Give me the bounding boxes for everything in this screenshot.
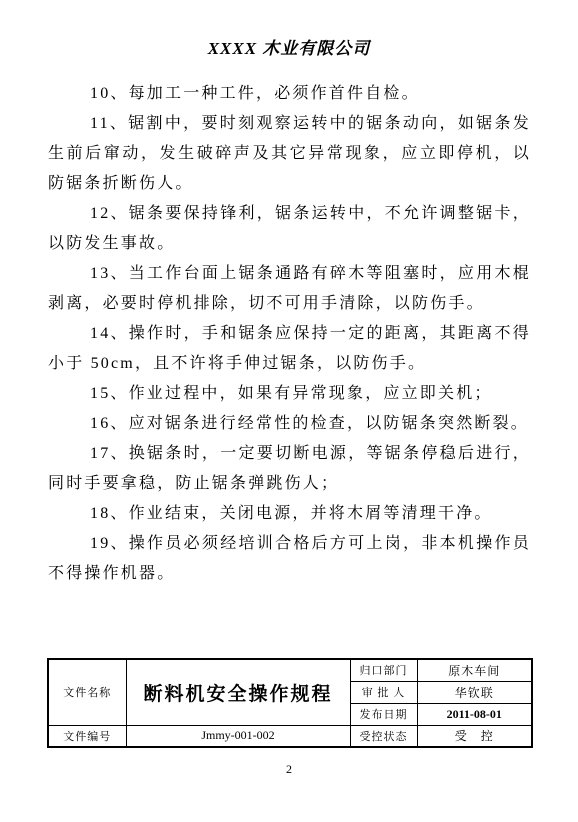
rule-item-15: 15、作业过程中，如果有异常现象，应立即关机； (48, 379, 531, 409)
table-row: 文件编号 Jmmy-001-002 受控状态 受 控 (48, 725, 532, 747)
rule-item-12: 12、锯条要保持锋利，锯条运转中，不允许调整锯卡，以防发生事故。 (48, 199, 531, 259)
status-label: 受控状态 (350, 725, 417, 747)
table-row: 文件名称 断料机安全操作规程 归口部门 原木车间 (48, 659, 532, 681)
company-header: XXXX 木业有限公司 (0, 34, 578, 59)
dept-label: 归口部门 (350, 659, 417, 681)
doc-name-label: 文件名称 (48, 659, 126, 725)
rule-item-11: 11、锯割中，要时刻观察运转中的锯条动向，如锯条发生前后窜动，发生破碎声及其它异… (48, 109, 531, 199)
date-label: 发布日期 (350, 703, 417, 725)
rule-item-17: 17、换锯条时，一定要切断电源，等锯条停稳后进行，同时手要拿稳，防止锯条弹跳伤人… (48, 439, 531, 499)
approver-label: 审 批 人 (350, 681, 417, 703)
page-number: 2 (0, 762, 578, 777)
rule-item-19: 19、操作员必须经培训合格后方可上岗，非本机操作员不得操作机器。 (48, 529, 531, 589)
rule-item-10: 10、每加工一种工件，必须作首件自检。 (48, 79, 531, 109)
rule-item-14: 14、操作时，手和锯条应保持一定的距离，其距离不得小于 50cm，且不许将手伸过… (48, 319, 531, 379)
rule-item-16: 16、应对锯条进行经常性的检查，以防锯条突然断裂。 (48, 409, 531, 439)
dept-value: 原木车间 (417, 659, 532, 681)
status-value: 受 控 (417, 725, 532, 747)
date-value: 2011-08-01 (417, 703, 532, 725)
document-body: 10、每加工一种工件，必须作首件自检。 11、锯割中，要时刻观察运转中的锯条动向… (48, 79, 531, 589)
document-info-table: 文件名称 断料机安全操作规程 归口部门 原木车间 审 批 人 华钦联 发布日期 … (47, 658, 533, 748)
doc-number-label: 文件编号 (48, 725, 126, 747)
doc-number-value: Jmmy-001-002 (126, 725, 350, 747)
rule-item-13: 13、当工作台面上锯条通路有碎木等阻塞时，应用木棍剥离，必要时停机排除，切不可用… (48, 259, 531, 319)
document-page: XXXX 木业有限公司 10、每加工一种工件，必须作首件自检。 11、锯割中，要… (0, 0, 578, 822)
rule-item-18: 18、作业结束，关闭电源，并将木屑等清理干净。 (48, 499, 531, 529)
doc-title: 断料机安全操作规程 (126, 659, 350, 725)
approver-value: 华钦联 (417, 681, 532, 703)
